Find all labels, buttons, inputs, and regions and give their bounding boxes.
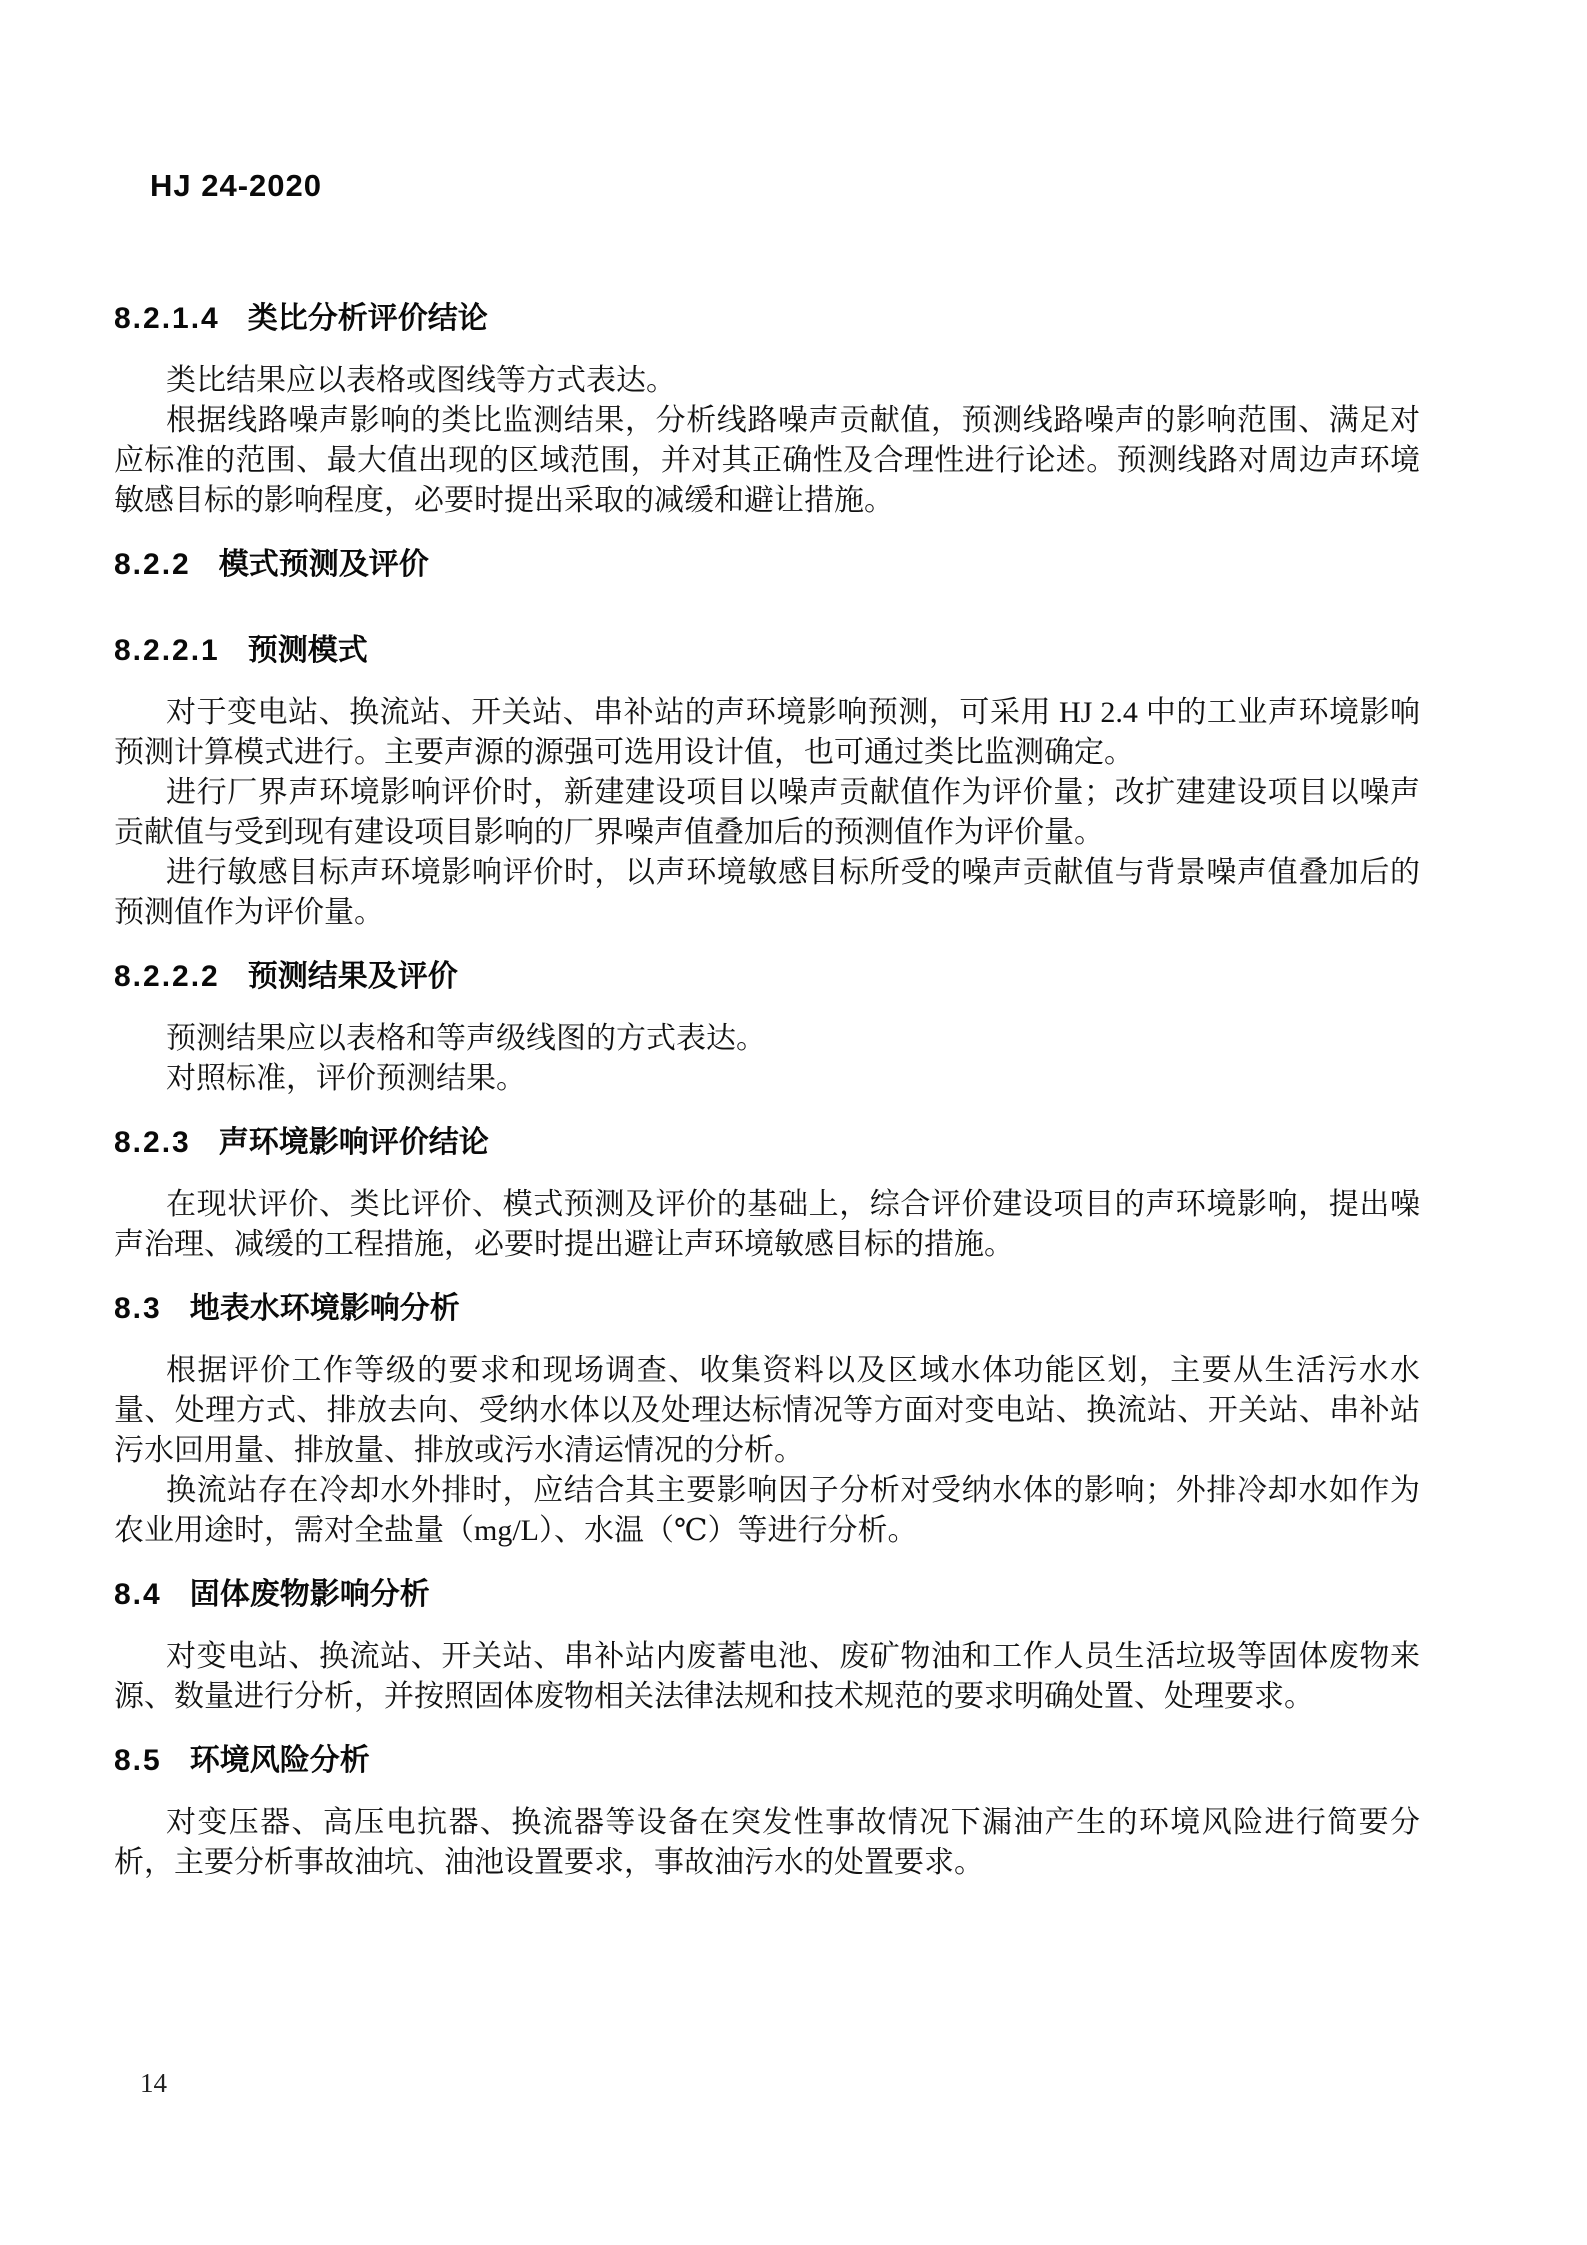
section-number: 8.5 — [114, 1741, 162, 1781]
paragraph: 根据线路噪声影响的类比监测结果，分析线路噪声贡献值，预测线路噪声的影响范围、满足… — [114, 401, 1420, 521]
paragraph: 进行敏感目标声环境影响评价时，以声环境敏感目标所受的噪声贡献值与背景噪声值叠加后… — [114, 853, 1420, 933]
section-number: 8.2.2.2 — [114, 957, 220, 997]
paragraph: 对变电站、换流站、开关站、串补站内废蓄电池、废矿物油和工作人员生活垃圾等固体废物… — [114, 1637, 1420, 1717]
section-title: 预测结果及评价 — [248, 960, 458, 993]
section-number: 8.2.2 — [114, 545, 191, 585]
section-heading-8222: 8.2.2.2预测结果及评价 — [114, 957, 1420, 1019]
section-heading-823: 8.2.3声环境影响评价结论 — [114, 1123, 1420, 1185]
section-title: 地表水环境影响分析 — [190, 1292, 460, 1325]
section-title: 模式预测及评价 — [219, 548, 429, 581]
section-heading-822: 8.2.2模式预测及评价 — [114, 545, 1420, 607]
section-heading-8214: 8.2.1.4类比分析评价结论 — [114, 299, 1420, 361]
section-title: 预测模式 — [248, 634, 368, 667]
standard-code-header: HJ 24-2020 — [150, 168, 322, 204]
section-heading-84: 8.4固体废物影响分析 — [114, 1575, 1420, 1637]
section-number: 8.2.3 — [114, 1123, 191, 1163]
paragraph: 预测结果应以表格和等声级线图的方式表达。 — [114, 1019, 1420, 1059]
paragraph: 换流站存在冷却水外排时，应结合其主要影响因子分析对受纳水体的影响；外排冷却水如作… — [114, 1471, 1420, 1551]
section-heading-83: 8.3地表水环境影响分析 — [114, 1289, 1420, 1351]
section-number: 8.4 — [114, 1575, 162, 1615]
paragraph: 根据评价工作等级的要求和现场调查、收集资料以及区域水体功能区划，主要从生活污水水… — [114, 1351, 1420, 1471]
paragraph: 对变压器、高压电抗器、换流器等设备在突发性事故情况下漏油产生的环境风险进行简要分… — [114, 1803, 1420, 1883]
section-title: 固体废物影响分析 — [190, 1578, 430, 1611]
section-heading-8221: 8.2.2.1预测模式 — [114, 631, 1420, 693]
paragraph: 对于变电站、换流站、开关站、串补站的声环境影响预测，可采用 HJ 2.4 中的工… — [114, 693, 1420, 773]
paragraph: 类比结果应以表格或图线等方式表达。 — [114, 361, 1420, 401]
document-page: HJ 24-2020 8.2.1.4类比分析评价结论 类比结果应以表格或图线等方… — [0, 0, 1587, 2245]
section-title: 类比分析评价结论 — [248, 302, 488, 335]
section-number: 8.2.2.1 — [114, 631, 220, 671]
section-number: 8.3 — [114, 1289, 162, 1329]
section-number: 8.2.1.4 — [114, 299, 220, 339]
section-title: 环境风险分析 — [190, 1744, 370, 1777]
paragraph: 在现状评价、类比评价、模式预测及评价的基础上，综合评价建设项目的声环境影响，提出… — [114, 1185, 1420, 1265]
page-number: 14 — [140, 2068, 167, 2099]
paragraph: 对照标准，评价预测结果。 — [114, 1059, 1420, 1099]
section-title: 声环境影响评价结论 — [219, 1126, 489, 1159]
section-heading-85: 8.5环境风险分析 — [114, 1741, 1420, 1803]
paragraph: 进行厂界声环境影响评价时，新建建设项目以噪声贡献值作为评价量；改扩建建设项目以噪… — [114, 773, 1420, 853]
document-body: 8.2.1.4类比分析评价结论 类比结果应以表格或图线等方式表达。 根据线路噪声… — [114, 275, 1420, 1883]
